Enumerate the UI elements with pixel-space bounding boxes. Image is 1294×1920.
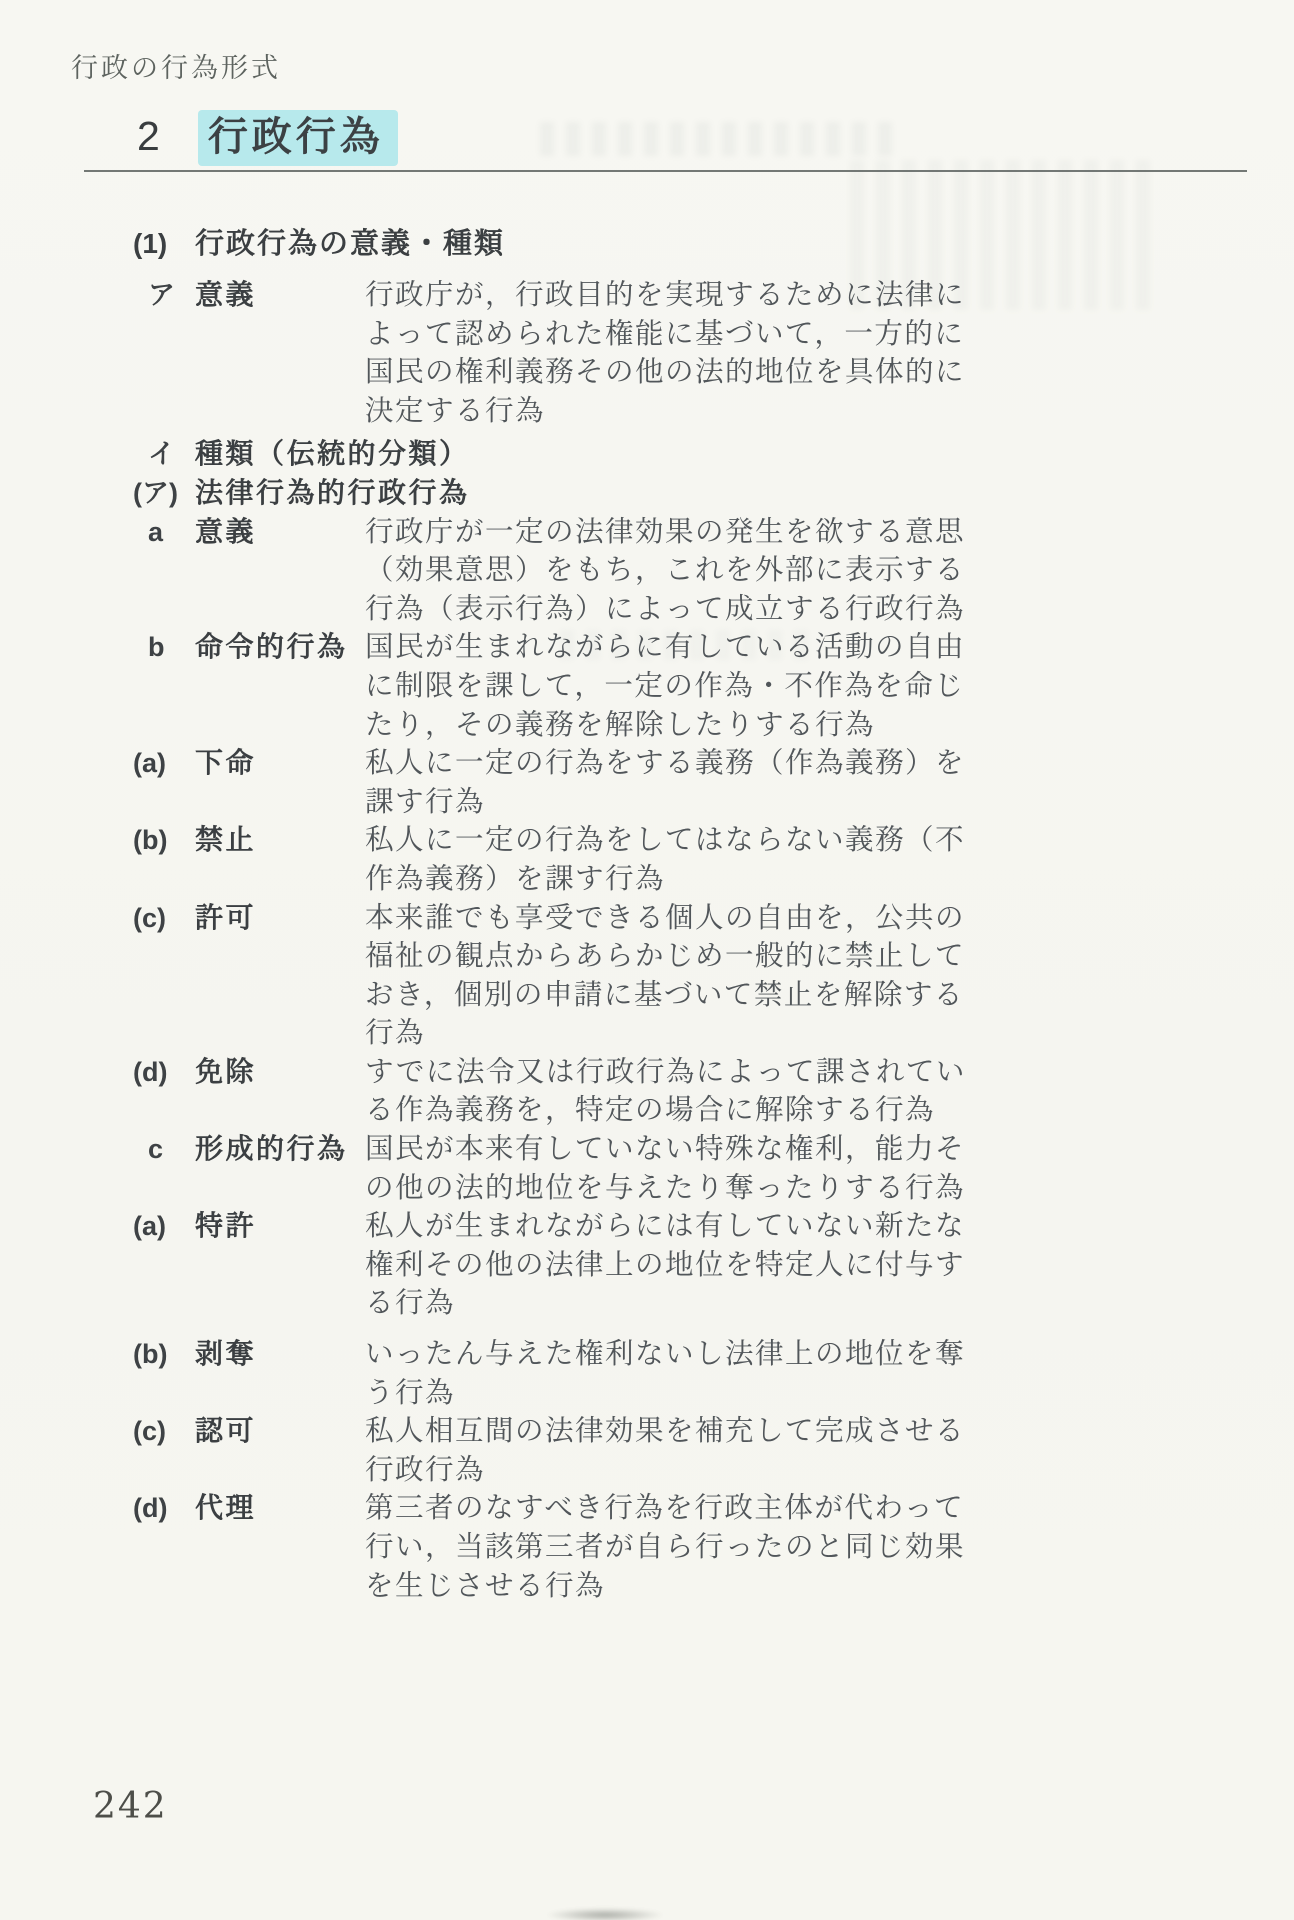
outline-entry: (b) 剥奪 いったん与えた権利ないし法律上の地位を奪 う行為	[133, 1335, 1023, 1412]
outline-entry: a 意義 行政庁が一定の法律効果の発生を欲する意思 （効果意思）をもち，これを外…	[133, 513, 1023, 629]
scan-edge-smudge	[545, 1908, 665, 1920]
entry-definition: 国民が生まれながらに有している活動の自由 に制限を課して，一定の作為・不作為を命…	[365, 628, 1017, 744]
entry-term: 認可	[195, 1412, 365, 1451]
entry-marker: (a)	[133, 1207, 195, 1246]
entry-marker: (a)	[133, 744, 195, 783]
page-number: 242	[93, 1786, 168, 1827]
outline-heading-marker: (1)	[133, 224, 195, 264]
entry-marker: (c)	[133, 899, 195, 938]
heading-rule	[84, 170, 1247, 172]
section-title highlighted-text: 行政行為	[198, 110, 398, 166]
entry-marker: ア	[133, 276, 195, 315]
entry-definition: 行政庁が，行政目的を実現するために法律に よって認められた権能に基づいて，一方的…	[365, 276, 1017, 430]
outline-entry: b 命令的行為 国民が生まれながらに有している活動の自由 に制限を課して，一定の…	[133, 628, 1023, 744]
outline-heading-text: 行政行為の意義・種類	[195, 224, 505, 264]
entry-marker: a	[133, 513, 195, 552]
entry-term: 剥奪	[195, 1335, 365, 1374]
entry-term: 形成的行為	[195, 1130, 365, 1169]
outline-entry: c 形成的行為 国民が本来有していない特殊な権利，能力そ の他の法的地位を与えた…	[133, 1130, 1023, 1207]
entry-marker: (b)	[133, 821, 195, 860]
entry-definition: 国民が本来有していない特殊な権利，能力そ の他の法的地位を与えたり奪ったりする行…	[365, 1130, 1017, 1207]
entry-marker: b	[133, 628, 195, 667]
entry-definition: すでに法令又は行政行為によって課されてい る作為義務を，特定の場合に解除する行為	[365, 1053, 1017, 1130]
entry-definition: 私人が生まれながらには有していない新たな 権利その他の法律上の地位を特定人に付与…	[365, 1207, 1017, 1323]
entry-marker: (c)	[133, 1412, 195, 1451]
running-header: 行政の行為形式	[71, 46, 281, 85]
outline-entry: イ 種類（伝統的分類）	[133, 435, 1023, 474]
print-bleedthrough	[540, 122, 900, 156]
outline-list: ア 意義 行政庁が，行政目的を実現するために法律に よって認められた権能に基づい…	[133, 276, 1023, 1605]
section-heading: 2 行政行為	[137, 110, 398, 166]
outline-entry: (ア) 法律行為的行政行為	[133, 474, 1023, 513]
entry-term: 法律行為的行政行為	[195, 474, 365, 513]
entry-term: 免除	[195, 1053, 365, 1092]
outline-entry: (a) 下命 私人に一定の行為をする義務（作為義務）を 課す行為	[133, 744, 1023, 821]
outline-entry: (c) 認可 私人相互間の法律効果を補充して完成させる 行政行為	[133, 1412, 1023, 1489]
entry-marker: (ア)	[133, 474, 195, 513]
entry-marker: c	[133, 1130, 195, 1169]
outline-entry: ア 意義 行政庁が，行政目的を実現するために法律に よって認められた権能に基づい…	[133, 276, 1023, 430]
outline-entry: (c) 許可 本来誰でも享受できる個人の自由を，公共の 福祉の観点からあらかじめ…	[133, 899, 1023, 1053]
entry-term: 意義	[195, 276, 365, 315]
entry-marker: (d)	[133, 1053, 195, 1092]
entry-term: 種類（伝統的分類）	[195, 435, 365, 474]
outline-entry: (d) 代理 第三者のなすべき行為を行政主体が代わって 行い，当該第三者が自ら行…	[133, 1489, 1023, 1605]
outline-entry: (d) 免除 すでに法令又は行政行為によって課されてい る作為義務を，特定の場合…	[133, 1053, 1023, 1130]
entry-definition: 本来誰でも享受できる個人の自由を，公共の 福祉の観点からあらかじめ一般的に禁止し…	[365, 899, 1017, 1053]
entry-term: 意義	[195, 513, 365, 552]
section-number: 2	[137, 110, 162, 162]
entry-term: 許可	[195, 899, 365, 938]
textbook-page: 行政の行為形式 2 行政行為 (1) 行政行為の意義・種類 ア 意義 行政庁が，…	[0, 0, 1294, 1920]
entry-marker: (b)	[133, 1335, 195, 1374]
entry-definition: いったん与えた権利ないし法律上の地位を奪 う行為	[365, 1335, 1017, 1412]
outline-heading: (1) 行政行為の意義・種類	[133, 224, 1023, 264]
entry-definition: 第三者のなすべき行為を行政主体が代わって 行い，当該第三者が自ら行ったのと同じ効…	[365, 1489, 1017, 1605]
entry-term: 下命	[195, 744, 365, 783]
entry-definition: 私人に一定の行為をしてはならない義務（不 作為義務）を課す行為	[365, 821, 1017, 898]
entry-marker: イ	[133, 435, 195, 474]
outline-content: (1) 行政行為の意義・種類 ア 意義 行政庁が，行政目的を実現するために法律に…	[133, 224, 1023, 1605]
entry-marker: (d)	[133, 1489, 195, 1528]
entry-definition: 行政庁が一定の法律効果の発生を欲する意思 （効果意思）をもち，これを外部に表示す…	[365, 513, 1017, 629]
entry-term: 代理	[195, 1489, 365, 1528]
outline-entry: (a) 特許 私人が生まれながらには有していない新たな 権利その他の法律上の地位…	[133, 1207, 1023, 1323]
entry-term: 禁止	[195, 821, 365, 860]
entry-term: 命令的行為	[195, 628, 365, 667]
entry-definition: 私人相互間の法律効果を補充して完成させる 行政行為	[365, 1412, 1017, 1489]
entry-term: 特許	[195, 1207, 365, 1246]
entry-definition: 私人に一定の行為をする義務（作為義務）を 課す行為	[365, 744, 1017, 821]
outline-entry: (b) 禁止 私人に一定の行為をしてはならない義務（不 作為義務）を課す行為	[133, 821, 1023, 898]
